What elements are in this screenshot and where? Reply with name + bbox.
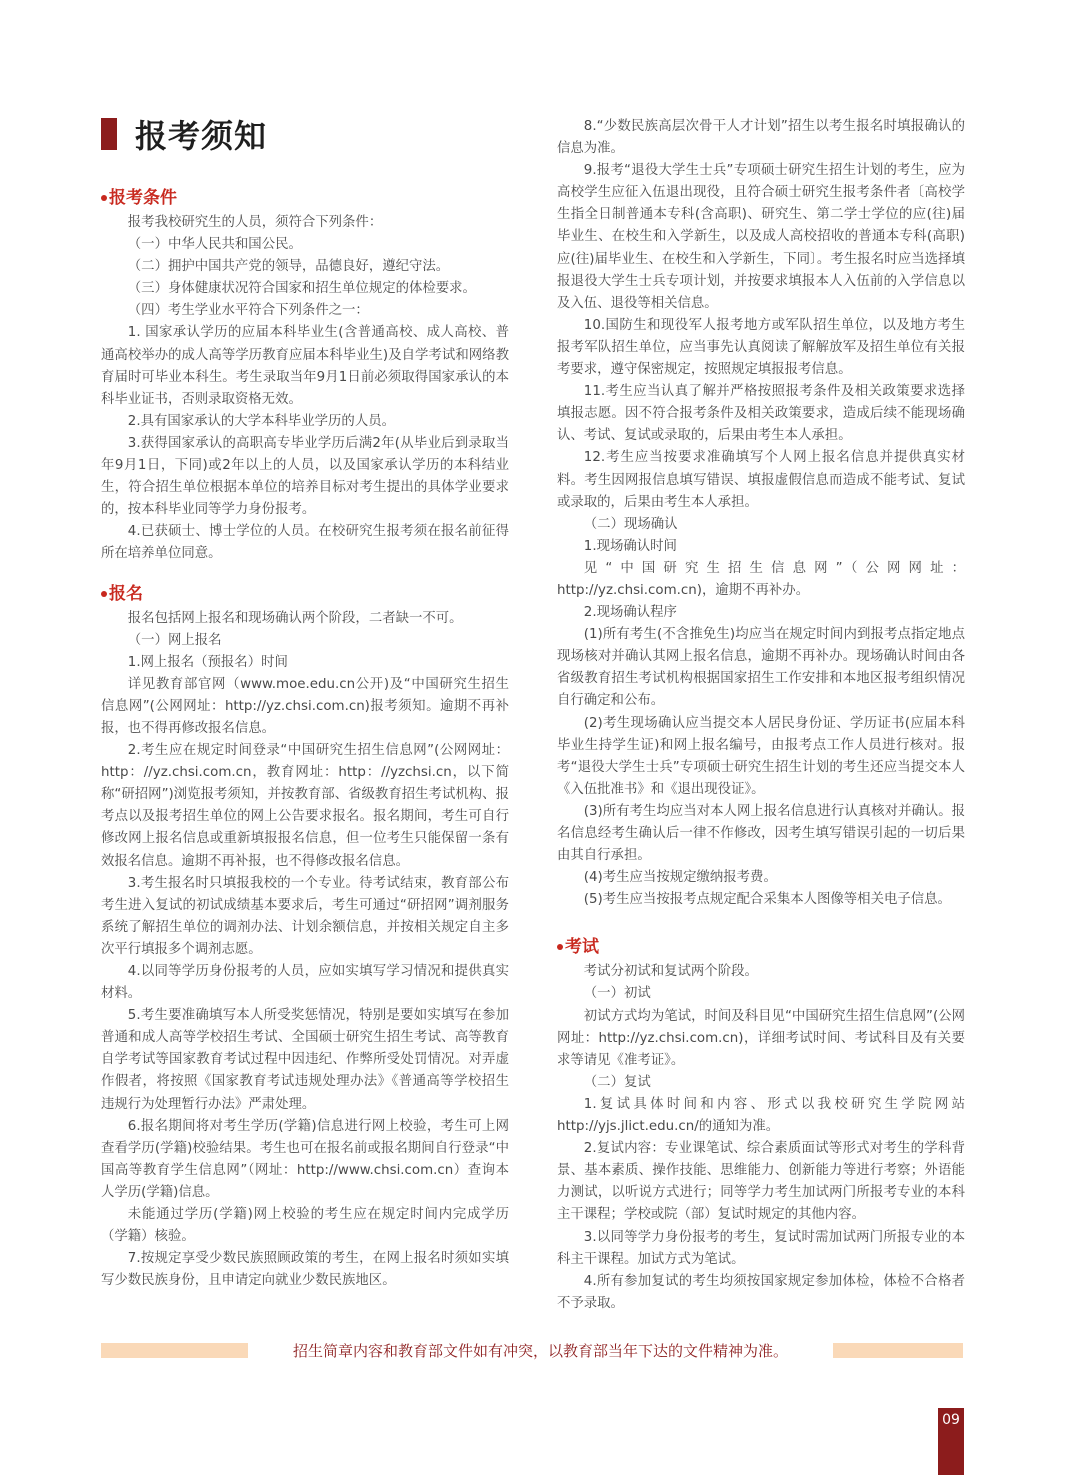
paragraph: 初试方式均为笔试，时间及科目见“中国研究生招生信息网”(公网网址：http://…: [557, 1006, 965, 1072]
paragraph: 5.考生要准确填写本人所受奖惩情况，特别是要如实填写在参加普通和成人高等学校招生…: [101, 1005, 509, 1115]
footer-band-left: [101, 1343, 248, 1358]
paragraph: 报考我校研究生的人员，须符合下列条件：: [101, 212, 509, 234]
paragraph: （二）现场确认: [557, 514, 965, 536]
paragraph: 2.具有国家承认的大学本科毕业学历的人员。: [101, 411, 509, 433]
page-title-block: 报考须知: [101, 114, 267, 154]
paragraph: （一）网上报名: [101, 630, 509, 652]
paragraph: (3)所有考生均应当对本人网上报名信息进行认真核对并确认。报名信息经考生确认后一…: [557, 801, 965, 867]
paragraph: 详见教育部官网（www.moe.edu.cn公开)及“中国研究生招生信息网”(公…: [101, 674, 509, 740]
paragraph: 3.以同等学力身份报考的考生，复试时需加试两门所报专业的本科主干课程。加试方式为…: [557, 1227, 965, 1271]
paragraph: 4.以同等学历身份报考的人员，应如实填写学习情况和提供真实材料。: [101, 961, 509, 1005]
paragraph: 未能通过学历(学籍)网上校验的考生应在规定时间内完成学历（学籍）核验。: [101, 1204, 509, 1248]
left-column: 报考条件 报考我校研究生的人员，须符合下列条件： （一）中华人民共和国公民。 （…: [101, 186, 509, 1292]
paragraph: 12.考生应当按要求准确填写个人网上报名信息并提供真实材料。考生因网报信息填写错…: [557, 447, 965, 513]
paragraph: 1.网上报名（预报名）时间: [101, 652, 509, 674]
footer-note-bar: 招生简章内容和教育部文件如有冲突，以教育部当年下达的文件精神为准。: [101, 1341, 963, 1359]
paragraph: （四）考生学业水平符合下列条件之一：: [101, 300, 509, 322]
paragraph: 见“中国研究生招生信息网”（公网网址：http://yz.chsi.com.cn…: [557, 558, 965, 602]
bullet-dot-icon: [557, 944, 563, 950]
paragraph: 1.现场确认时间: [557, 536, 965, 558]
paragraph: 考试分初试和复试两个阶段。: [557, 961, 965, 983]
paragraph: 报名包括网上报名和现场确认两个阶段，二者缺一不可。: [101, 608, 509, 630]
footer-band-right: [833, 1343, 963, 1358]
paragraph: 2.复试内容：专业课笔试、综合素质面试等形式对考生的学科背景、基本素质、操作技能…: [557, 1138, 965, 1226]
section-heading-conditions: 报考条件: [101, 186, 509, 210]
page-number: 09: [938, 1408, 964, 1475]
paragraph: (5)考生应当按报考点规定配合采集本人图像等相关电子信息。: [557, 889, 965, 911]
paragraph: （二）拥护中国共产党的领导，品德良好，遵纪守法。: [101, 256, 509, 278]
paragraph: (2)考生现场确认应当提交本人居民身份证、学历证书(应届本科毕业生持学生证)和网…: [557, 713, 965, 801]
paragraph: （二）复试: [557, 1072, 965, 1094]
paragraph: 6.报名期间将对考生学历(学籍)信息进行网上校验，考生可上网查看学历(学籍)校验…: [101, 1116, 509, 1204]
paragraph: 7.按规定享受少数民族照顾政策的考生，在网上报名时须如实填写少数民族身份，且申请…: [101, 1248, 509, 1292]
bullet-dot-icon: [101, 195, 107, 201]
section-heading-registration: 报名: [101, 582, 509, 606]
paragraph: 11.考生应当认真了解并严格按照报考条件及相关政策要求选择填报志愿。因不符合报考…: [557, 381, 965, 447]
paragraph: （一）中华人民共和国公民。: [101, 234, 509, 256]
right-column: 8.“少数民族高层次骨干人才计划”招生以考生报名时填报确认的信息为准。 9.报考…: [557, 116, 965, 1315]
paragraph: 4.所有参加复试的考生均须按国家规定参加体检，体检不合格者不予录取。: [557, 1271, 965, 1315]
paragraph: 3.获得国家承认的高职高专毕业学历后满2年(从毕业后到录取当年9月1日，下同)或…: [101, 433, 509, 521]
paragraph: (1)所有考生(不含推免生)均应当在规定时间内到报考点指定地点现场核对并确认其网…: [557, 624, 965, 712]
paragraph: 9.报考“退役大学生士兵”专项硕士研究生招生计划的考生，应为高校学生应征入伍退出…: [557, 160, 965, 315]
section-heading-exam: 考试: [557, 935, 965, 959]
paragraph: (4)考生应当按规定缴纳报考费。: [557, 867, 965, 889]
bullet-dot-icon: [101, 591, 107, 597]
paragraph: 4.已获硕士、博士学位的人员。在校研究生报考须在报名前征得所在培养单位同意。: [101, 521, 509, 565]
paragraph: 3.考生报名时只填报我校的一个专业。待考试结束，教育部公布考生进入复试的初试成绩…: [101, 873, 509, 961]
page-title: 报考须知: [135, 111, 267, 157]
paragraph: （三）身体健康状况符合国家和招生单位规定的体检要求。: [101, 278, 509, 300]
title-accent-bar: [101, 118, 117, 150]
paragraph: 2.现场确认程序: [557, 602, 965, 624]
paragraph: 1. 国家承认学历的应届本科毕业生(含普通高校、成人高校、普通高校举办的成人高等…: [101, 322, 509, 410]
paragraph: 10.国防生和现役军人报考地方或军队招生单位，以及地方考生报考军队招生单位，应当…: [557, 315, 965, 381]
paragraph: （一）初试: [557, 983, 965, 1005]
footer-note: 招生简章内容和教育部文件如有冲突，以教育部当年下达的文件精神为准。: [248, 1340, 833, 1361]
paragraph: 8.“少数民族高层次骨干人才计划”招生以考生报名时填报确认的信息为准。: [557, 116, 965, 160]
paragraph: 1.复试具体时间和内容、形式以我校研究生学院网站http://yjs.jlict…: [557, 1094, 965, 1138]
paragraph: 2.考生应在规定时间登录“中国研究生招生信息网”(公网网址：http：//yz.…: [101, 740, 509, 873]
